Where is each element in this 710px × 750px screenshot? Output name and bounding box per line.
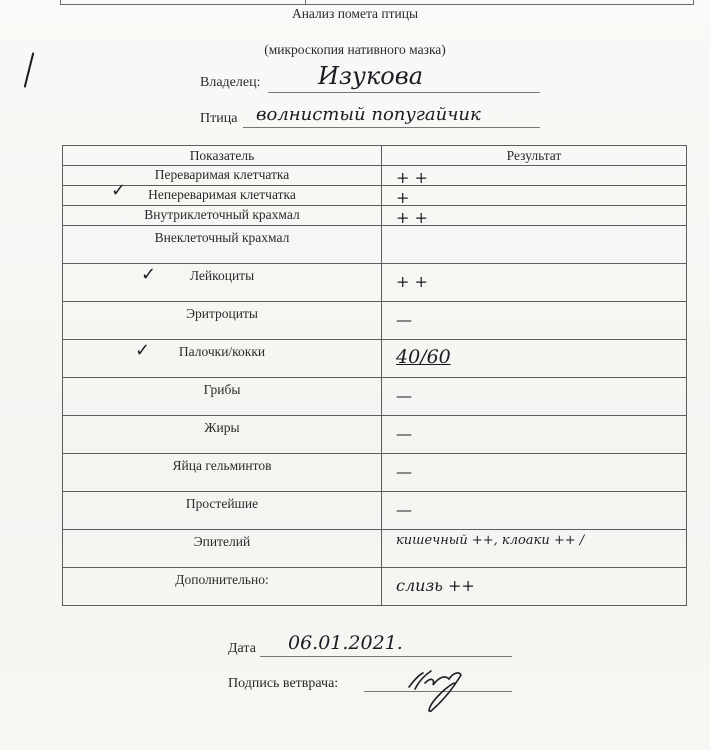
indicator-label: Лейкоциты — [190, 264, 254, 284]
result-value: кишечный ++, клоаки ++ / — [396, 533, 584, 548]
document-subtitle: (микроскопия нативного мазка) — [0, 42, 710, 58]
indicator-label: Эритроциты — [186, 302, 258, 322]
indicator-label: Непереваримая клетчатка — [148, 186, 296, 203]
indicator-cell: Грибы — [63, 378, 382, 416]
result-value: — — [396, 424, 412, 443]
owner-label: Владелец: — [200, 75, 260, 91]
indicator-label: Грибы — [204, 378, 241, 398]
result-cell: 40/60 — [382, 340, 687, 378]
check-mark-icon: ✓ — [141, 264, 156, 285]
bird-line — [243, 127, 540, 128]
result-cell: + — [382, 186, 687, 206]
table-row: Грибы— — [63, 378, 687, 416]
indicator-label: Внутриклеточный крахмал — [144, 206, 299, 223]
document-title: Анализ помета птицы — [0, 6, 710, 22]
header-result: Результат — [382, 146, 687, 166]
table-row: Дополнительно:слизь ++ — [63, 568, 687, 606]
result-value: слизь ++ — [396, 576, 475, 595]
results-table: Показатель Результат Переваримая клетчат… — [62, 145, 687, 606]
table-row: ✓Палочки/кокки40/60 — [63, 340, 687, 378]
table-row: Простейшие— — [63, 492, 687, 530]
table-row: Переваримая клетчатка+ + — [63, 166, 687, 186]
result-cell: — — [382, 454, 687, 492]
result-value: + — [396, 188, 409, 207]
date-label: Дата — [228, 641, 256, 657]
result-cell: + + — [382, 264, 687, 302]
date-line — [260, 656, 512, 657]
indicator-label: Переваримая клетчатка — [155, 166, 290, 183]
check-mark-icon: ✓ — [135, 340, 150, 361]
indicator-cell: Яйца гельминтов — [63, 454, 382, 492]
result-value: — — [396, 500, 412, 519]
result-cell: кишечный ++, клоаки ++ / — [382, 530, 687, 568]
indicator-label: Дополнительно: — [175, 568, 268, 588]
result-value: + + — [396, 168, 428, 187]
indicator-cell: Жиры — [63, 416, 382, 454]
indicator-cell: ✓Непереваримая клетчатка — [63, 186, 382, 206]
indicator-label: Жиры — [204, 416, 239, 436]
indicator-label: Простейшие — [186, 492, 258, 512]
result-cell: слизь ++ — [382, 568, 687, 606]
document-page: Анализ помета птицы (микроскопия нативно… — [0, 0, 710, 750]
bird-label: Птица — [200, 111, 237, 127]
table-row: Эпителийкишечный ++, клоаки ++ / — [63, 530, 687, 568]
signature-field: Подпись ветврача: — [228, 676, 338, 692]
table-row: Яйца гельминтов— — [63, 454, 687, 492]
result-cell: + + — [382, 206, 687, 226]
result-value: — — [396, 462, 412, 481]
table-row: Внутриклеточный крахмал+ + — [63, 206, 687, 226]
indicator-cell: Эритроциты — [63, 302, 382, 340]
result-cell: — — [382, 416, 687, 454]
bird-field: Птица — [200, 111, 237, 127]
result-value: + + — [396, 272, 428, 291]
date-field: Дата — [228, 641, 256, 657]
check-mark-icon: ✓ — [111, 180, 126, 201]
result-value: — — [396, 386, 412, 405]
result-cell: — — [382, 492, 687, 530]
indicator-cell: Эпителий — [63, 530, 382, 568]
result-cell — [382, 226, 687, 264]
result-value: 40/60 — [396, 346, 451, 368]
indicator-label: Яйца гельминтов — [173, 454, 272, 474]
indicator-cell: Простейшие — [63, 492, 382, 530]
table-row: Внеклеточный крахмал — [63, 226, 687, 264]
previous-table-fragment — [60, 0, 694, 5]
indicator-cell: Дополнительно: — [63, 568, 382, 606]
owner-field: Владелец: — [200, 75, 260, 91]
result-cell: — — [382, 378, 687, 416]
indicator-label: Эпителий — [194, 530, 250, 550]
indicator-label: Палочки/кокки — [179, 340, 265, 360]
bird-value: волнистый попугайчик — [256, 104, 481, 125]
indicator-cell: ✓Палочки/кокки — [63, 340, 382, 378]
signature-label: Подпись ветврача: — [228, 676, 338, 692]
owner-value: Изукова — [318, 62, 423, 90]
result-cell: + + — [382, 166, 687, 186]
indicator-label: Внеклеточный крахмал — [155, 226, 290, 246]
table-row: Жиры— — [63, 416, 687, 454]
indicator-cell: Внутриклеточный крахмал — [63, 206, 382, 226]
signature-icon — [405, 665, 465, 715]
date-value: 06.01.2021. — [288, 632, 403, 654]
result-value: — — [396, 310, 412, 329]
table-row: Эритроциты— — [63, 302, 687, 340]
owner-line — [268, 92, 540, 93]
table-divider — [305, 0, 306, 4]
result-cell: — — [382, 302, 687, 340]
result-value: + + — [396, 208, 428, 227]
table-row: ✓Непереваримая клетчатка+ — [63, 186, 687, 206]
indicator-cell: Внеклеточный крахмал — [63, 226, 382, 264]
indicator-cell: ✓Лейкоциты — [63, 264, 382, 302]
header-indicator: Показатель — [63, 146, 382, 166]
table-row: ✓Лейкоциты+ + — [63, 264, 687, 302]
